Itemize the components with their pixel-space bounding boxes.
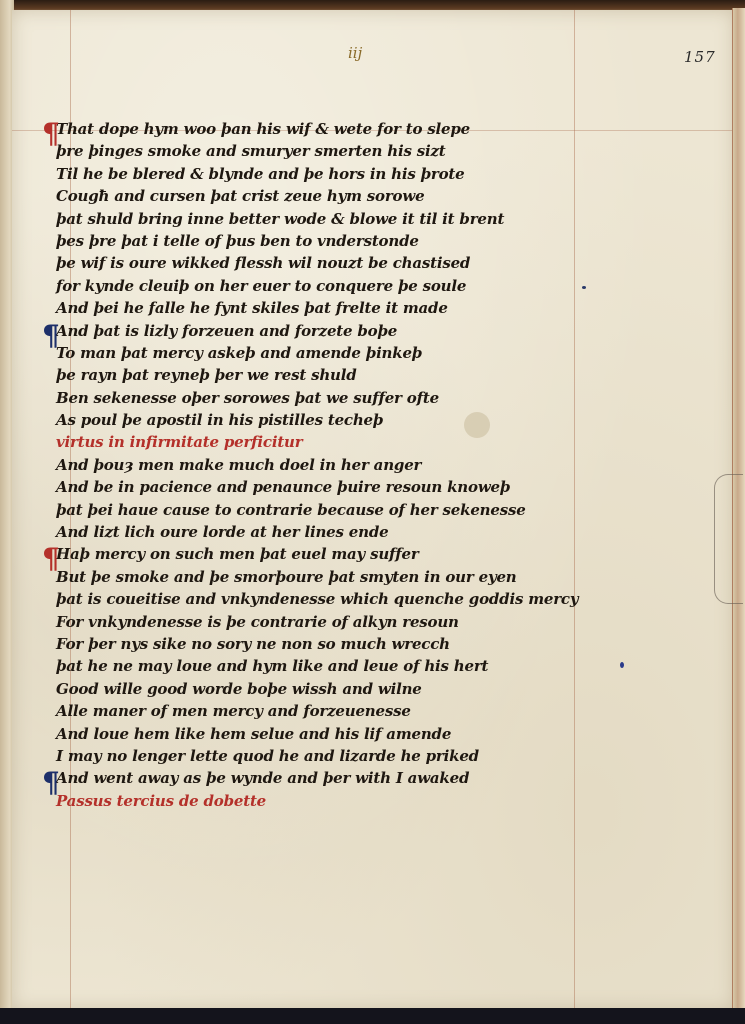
manuscript-line: Passus tercius de dobette [56, 790, 656, 812]
text-line: Cougħ and cursen þat crist zeue hym soro… [56, 185, 656, 207]
text-line: And went away as þe wynde and þer with I… [56, 767, 656, 789]
manuscript-line: I may no lenger lette quod he and lizard… [56, 745, 656, 767]
text-line: And loue hem like hem selue and his lif … [56, 723, 656, 745]
text-line: þat shuld bring inne better wode & blowe… [56, 208, 656, 230]
text-line: þe wif is oure wikked flessh wil nouzt b… [56, 252, 656, 274]
manuscript-line: As poul þe apostil in his pistilles tech… [56, 409, 656, 431]
text-line: That dope hym woo þan his wif & wete for… [56, 118, 656, 140]
manuscript-line: þre þinges smoke and smuryer smerten his… [56, 140, 656, 162]
bottom-edge [0, 1008, 745, 1024]
text-line: þes þre þat i telle of þus ben to vnders… [56, 230, 656, 252]
text-line: þat is coueitise and vnkyndenesse which … [56, 588, 656, 610]
text-line: And þei he falle he fynt skiles þat frel… [56, 297, 656, 319]
text-line: As poul þe apostil in his pistilles tech… [56, 409, 656, 431]
text-line: And lizt lich oure lorde at her lines en… [56, 521, 656, 543]
text-line: Haþ mercy on such men þat euel may suffe… [56, 543, 656, 565]
text-line: For þer nys sike no sory ne non so much … [56, 633, 656, 655]
manuscript-line: Ben sekenesse oþer sorowes þat we suffer… [56, 387, 656, 409]
text-line: And be in pacience and penaunce þuire re… [56, 476, 656, 498]
manuscript-line: ¶That dope hym woo þan his wif & wete fo… [56, 118, 656, 140]
manuscript-line: þe rayn þat reyneþ þer we rest shuld [56, 364, 656, 386]
manuscript-line: And loue hem like hem selue and his lif … [56, 723, 656, 745]
manuscript-line: And þei he falle he fynt skiles þat frel… [56, 297, 656, 319]
rubric-line: Passus tercius de dobette [56, 790, 656, 812]
manuscript-line: þes þre þat i telle of þus ben to vnders… [56, 230, 656, 252]
manuscript-line: ¶And þat is lizly forzeuen and forzete b… [56, 320, 656, 342]
manuscript-line: Good wille good worde boþe wissh and wil… [56, 678, 656, 700]
text-line: For vnkyndenesse is þe contrarie of alky… [56, 611, 656, 633]
manuscript-line: þe wif is oure wikked flessh wil nouzt b… [56, 252, 656, 274]
text-line: Alle maner of men mercy and forzeuenesse [56, 700, 656, 722]
manuscript-line: And lizt lich oure lorde at her lines en… [56, 521, 656, 543]
manuscript-line: And þouȝ men make much doel in her anger [56, 454, 656, 476]
manuscript-line: þat þei haue cause to contrarie because … [56, 499, 656, 521]
text-line: for kynde cleuiþ on her euer to conquere… [56, 275, 656, 297]
manuscript-line: þat shuld bring inne better wode & blowe… [56, 208, 656, 230]
text-line: I may no lenger lette quod he and lizard… [56, 745, 656, 767]
rubric-line: virtus in infirmitate perficitur [56, 431, 656, 453]
text-line: Til he be blered & blynde and þe hors in… [56, 163, 656, 185]
manuscript-line: For vnkyndenesse is þe contrarie of alky… [56, 611, 656, 633]
text-line: And þouȝ men make much doel in her anger [56, 454, 656, 476]
manuscript-line: Alle maner of men mercy and forzeuenesse [56, 700, 656, 722]
manuscript-line: Cougħ and cursen þat crist zeue hym soro… [56, 185, 656, 207]
text-line: Good wille good worde boþe wissh and wil… [56, 678, 656, 700]
text-line: þre þinges smoke and smuryer smerten his… [56, 140, 656, 162]
signature-mark: iij [348, 44, 362, 62]
text-line: Ben sekenesse oþer sorowes þat we suffer… [56, 387, 656, 409]
manuscript-line: þat is coueitise and vnkyndenesse which … [56, 588, 656, 610]
manuscript-line: But þe smoke and þe smorþoure þat smyten… [56, 566, 656, 588]
text-line: þat he ne may loue and hym like and leue… [56, 655, 656, 677]
folio-number: 157 [684, 48, 716, 66]
manuscript-line: ¶Haþ mercy on such men þat euel may suff… [56, 543, 656, 565]
text-line: þe rayn þat reyneþ þer we rest shuld [56, 364, 656, 386]
text-line: To man þat mercy askeþ and amende þinkeþ [56, 342, 656, 364]
manuscript-line: And be in pacience and penaunce þuire re… [56, 476, 656, 498]
page-clip-mark [714, 474, 743, 604]
text-line: And þat is lizly forzeuen and forzete bo… [56, 320, 656, 342]
manuscript-line: virtus in infirmitate perficitur [56, 431, 656, 453]
manuscript-line: Til he be blered & blynde and þe hors in… [56, 163, 656, 185]
manuscript-line: To man þat mercy askeþ and amende þinkeþ [56, 342, 656, 364]
manuscript-line: ¶And went away as þe wynde and þer with … [56, 767, 656, 789]
text-line: þat þei haue cause to contrarie because … [56, 499, 656, 521]
text-line: But þe smoke and þe smorþoure þat smyten… [56, 566, 656, 588]
manuscript-line: For þer nys sike no sory ne non so much … [56, 633, 656, 655]
manuscript-text-block: ¶That dope hym woo þan his wif & wete fo… [56, 118, 656, 812]
manuscript-line: for kynde cleuiþ on her euer to conquere… [56, 275, 656, 297]
manuscript-line: þat he ne may loue and hym like and leue… [56, 655, 656, 677]
